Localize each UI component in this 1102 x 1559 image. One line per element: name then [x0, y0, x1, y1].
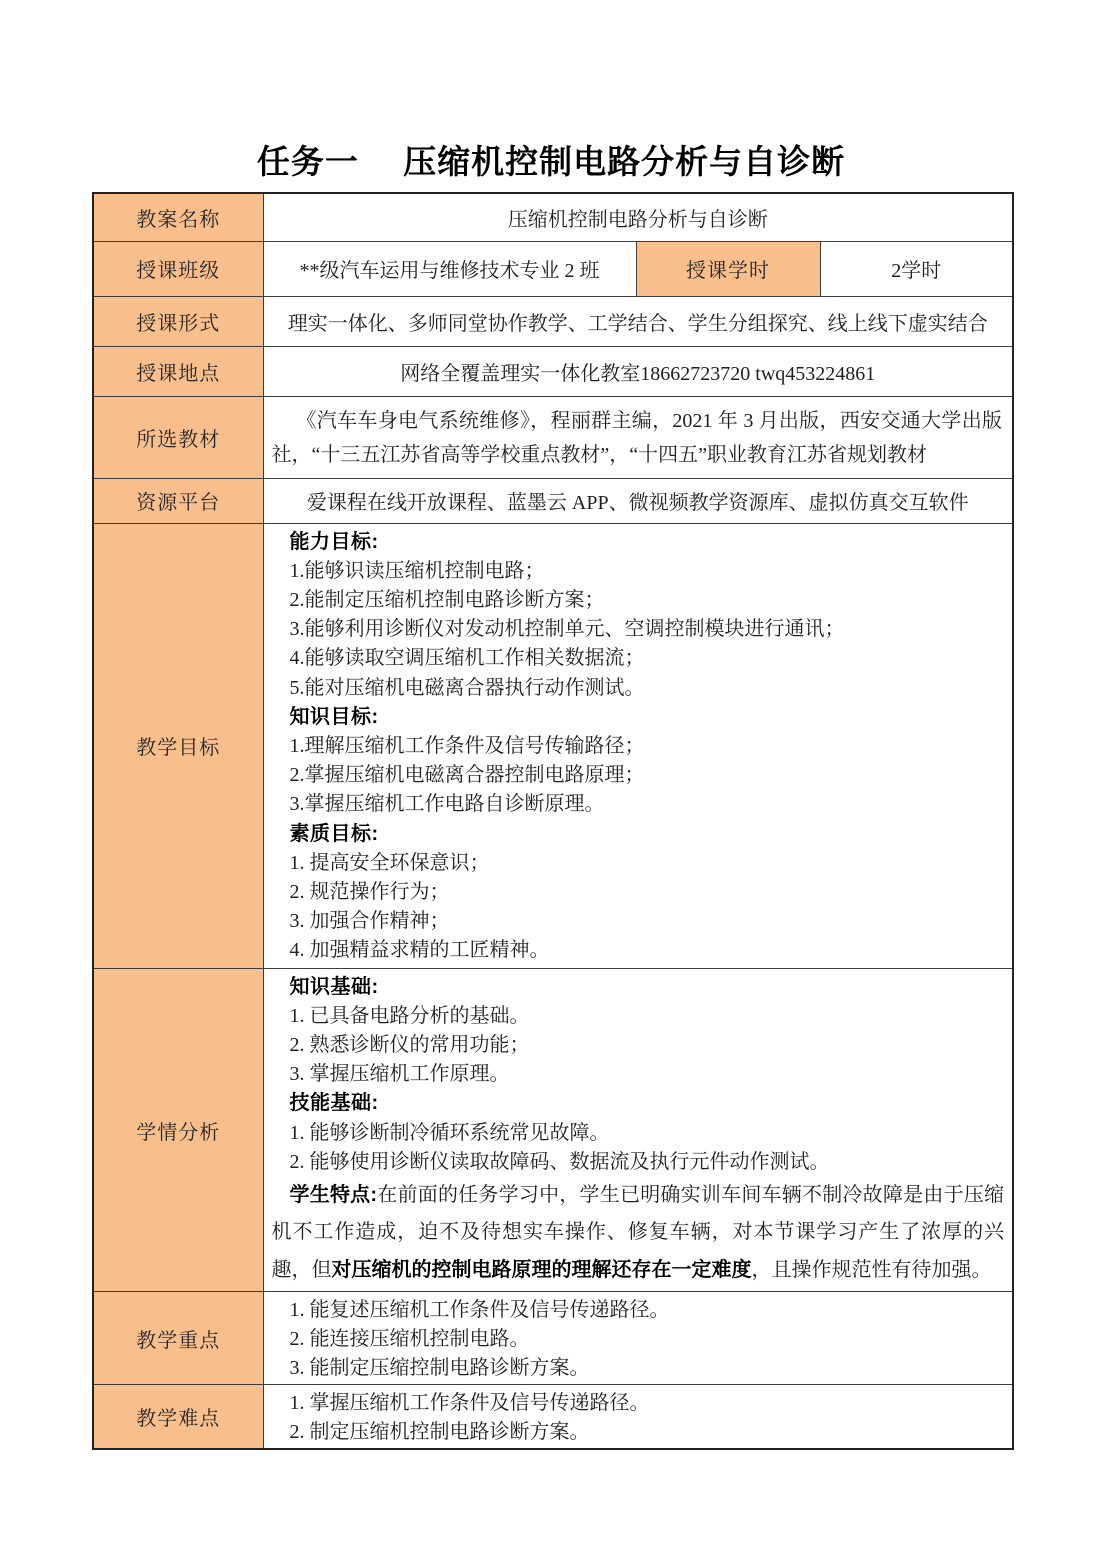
text-segment: 2. 熟悉诊断仪的常用功能； — [290, 1034, 530, 1056]
text-segment: 3.掌握压缩机工作电路自诊断原理。 — [290, 793, 605, 815]
bold-text-segment: 知识基础: — [290, 976, 379, 998]
row-label-format: 授课形式 — [93, 296, 263, 346]
text-line: 知识基础: — [290, 973, 1005, 1002]
row-label-class: 授课班级 — [93, 241, 263, 296]
text-line: 2. 能够使用诊断仪读取故障码、数据流及执行元件动作测试。 — [290, 1148, 1005, 1177]
text-segment: 3.能够利用诊断仪对发动机控制单元、空调控制模块进行通讯； — [290, 618, 845, 640]
textbook-text: 《汽车车身电气系统维修》，程丽群主编，2021 年 3 月出版，西安交通大学出版… — [264, 397, 1013, 474]
table-row: 授课班级 **级汽车运用与维修技术专业 2 班 授课学时 2学时 — [93, 241, 1013, 296]
row-label-hours: 授课学时 — [636, 241, 820, 296]
difficult-points-lines: 1. 掌握压缩机工作条件及信号传递路径。2. 制定压缩机控制电路诊断方案。 — [264, 1385, 1013, 1448]
format-value: 理实一体化、多师同堂协作教学、工学结合、学生分组探究、线上线下虚实结合 — [263, 296, 1013, 346]
text-line: 1. 已具备电路分析的基础。 — [290, 1002, 1005, 1031]
text-segment: 2. 规范操作行为； — [290, 881, 450, 903]
text-line: 技能基础: — [290, 1089, 1005, 1118]
text-segment: 2. 能够使用诊断仪读取故障码、数据流及执行元件动作测试。 — [290, 1151, 830, 1173]
text-segment: 2. 制定压缩机控制电路诊断方案。 — [290, 1421, 590, 1443]
bold-text-segment: 学生特点: — [290, 1184, 378, 1206]
row-label-location: 授课地点 — [93, 346, 263, 396]
text-line: 1. 提高安全环保意识； — [290, 849, 1005, 878]
class-value: **级汽车运用与维修技术专业 2 班 — [263, 241, 636, 296]
text-line: 3. 掌握压缩机工作原理。 — [290, 1060, 1005, 1089]
textbook-value: 《汽车车身电气系统维修》，程丽群主编，2021 年 3 月出版，西安交通大学出版… — [263, 396, 1013, 478]
text-segment: 2.能制定压缩机控制电路诊断方案； — [290, 589, 605, 611]
text-line: 2. 能连接压缩机控制电路。 — [290, 1325, 1005, 1354]
table-row: 授课地点 网络全覆盖理实一体化教室18662723720 twq45322486… — [93, 346, 1013, 396]
text-line: 2. 制定压缩机控制电路诊断方案。 — [290, 1418, 1005, 1447]
text-segment: 1. 能够诊断制冷循环系统常见故障。 — [290, 1122, 610, 1144]
row-label-objectives: 教学目标 — [93, 523, 263, 968]
resources-value: 爱课程在线开放课程、蓝墨云 APP、微视频教学资源库、虚拟仿真交互软件 — [263, 478, 1013, 523]
text-segment: 3. 加强合作精神； — [290, 910, 450, 932]
text-segment: 1. 提高安全环保意识； — [290, 852, 490, 874]
text-segment: 4.能够读取空调压缩机工作相关数据流； — [290, 647, 645, 669]
text-line: 2. 熟悉诊断仪的常用功能； — [290, 1031, 1005, 1060]
difficult-points-cell: 1. 掌握压缩机工作条件及信号传递路径。2. 制定压缩机控制电路诊断方案。 — [263, 1385, 1013, 1450]
text-segment: 5.能对压缩机电磁离合器执行动作测试。 — [290, 677, 645, 699]
bold-text-segment: 知识目标: — [290, 706, 379, 728]
text-line: 4.能够读取空调压缩机工作相关数据流； — [290, 644, 1005, 673]
text-segment: ，且操作规范性有待加强。 — [752, 1259, 992, 1281]
text-segment: 1. 已具备电路分析的基础。 — [290, 1005, 530, 1027]
row-label-textbook: 所选教材 — [93, 396, 263, 478]
text-line: 4. 加强精益求精的工匠精神。 — [290, 936, 1005, 965]
table-row: 所选教材 《汽车车身电气系统维修》，程丽群主编，2021 年 3 月出版，西安交… — [93, 396, 1013, 478]
table-row: 教学重点 1. 能复述压缩机工作条件及信号传递路径。2. 能连接压缩机控制电路。… — [93, 1292, 1013, 1385]
table-row: 授课形式 理实一体化、多师同堂协作教学、工学结合、学生分组探究、线上线下虚实结合 — [93, 296, 1013, 346]
text-segment: 4. 加强精益求精的工匠精神。 — [290, 939, 550, 961]
row-label-resources: 资源平台 — [93, 478, 263, 523]
text-line: 1. 能够诊断制冷循环系统常见故障。 — [290, 1119, 1005, 1148]
table-row: 学情分析 知识基础:1. 已具备电路分析的基础。2. 熟悉诊断仪的常用功能；3.… — [93, 968, 1013, 1292]
text-segment: 3. 掌握压缩机工作原理。 — [290, 1063, 510, 1085]
text-segment: 2.掌握压缩机电磁离合器控制电路原理； — [290, 764, 645, 786]
text-line: 3.能够利用诊断仪对发动机控制单元、空调控制模块进行通讯； — [290, 615, 1005, 644]
text-line: 3.掌握压缩机工作电路自诊断原理。 — [290, 790, 1005, 819]
text-line: 1.能够识读压缩机控制电路； — [290, 557, 1005, 586]
text-line: 2. 规范操作行为； — [290, 878, 1005, 907]
table-row: 教学目标 能力目标:1.能够识读压缩机控制电路；2.能制定压缩机控制电路诊断方案… — [93, 523, 1013, 968]
text-segment: 1. 能复述压缩机工作条件及信号传递路径。 — [290, 1299, 670, 1321]
bold-text-segment: 能力目标: — [290, 531, 379, 553]
text-segment: 1. 掌握压缩机工作条件及信号传递路径。 — [290, 1392, 650, 1414]
row-label-difficult-points: 教学难点 — [93, 1385, 263, 1450]
text-line: 3. 加强合作精神； — [290, 907, 1005, 936]
hours-value: 2学时 — [820, 241, 1013, 296]
learner-analysis-cell: 知识基础:1. 已具备电路分析的基础。2. 熟悉诊断仪的常用功能；3. 掌握压缩… — [263, 968, 1013, 1292]
bold-text-segment: 技能基础: — [290, 1092, 379, 1114]
key-points-cell: 1. 能复述压缩机工作条件及信号传递路径。2. 能连接压缩机控制电路。3. 能制… — [263, 1292, 1013, 1385]
text-segment: 3. 能制定压缩控制电路诊断方案。 — [290, 1357, 590, 1379]
text-line: 学生特点:在前面的任务学习中，学生已明确实训车间车辆不制冷故障是由于压缩机不工作… — [272, 1177, 1005, 1290]
text-line: 1. 能复述压缩机工作条件及信号传递路径。 — [290, 1296, 1005, 1325]
text-line: 1. 掌握压缩机工作条件及信号传递路径。 — [290, 1389, 1005, 1418]
text-segment: 1.理解压缩机工作条件及信号传输路径； — [290, 735, 645, 757]
text-line: 1.理解压缩机工作条件及信号传输路径； — [290, 732, 1005, 761]
text-segment: 1.能够识读压缩机控制电路； — [290, 560, 545, 582]
bold-text-segment: 对压缩机的控制电路原理的理解还存在一定难度 — [332, 1259, 752, 1281]
text-line: 素质目标: — [290, 820, 1005, 849]
bold-text-segment: 素质目标: — [290, 823, 379, 845]
text-line: 2.能制定压缩机控制电路诊断方案； — [290, 586, 1005, 615]
text-segment: 2. 能连接压缩机控制电路。 — [290, 1328, 530, 1350]
table-row: 资源平台 爱课程在线开放课程、蓝墨云 APP、微视频教学资源库、虚拟仿真交互软件 — [93, 478, 1013, 523]
document-page: { "title": "任务一 压缩机控制电路分析与自诊断", "colors"… — [0, 0, 1102, 1559]
text-line: 5.能对压缩机电磁离合器执行动作测试。 — [290, 674, 1005, 703]
row-label-lesson-name: 教案名称 — [93, 193, 263, 241]
page-title: 任务一 压缩机控制电路分析与自诊断 — [0, 136, 1102, 183]
objectives-cell: 能力目标:1.能够识读压缩机控制电路；2.能制定压缩机控制电路诊断方案；3.能够… — [263, 523, 1013, 968]
lesson-name-value: 压缩机控制电路分析与自诊断 — [263, 193, 1013, 241]
row-label-key-points: 教学重点 — [93, 1292, 263, 1385]
text-line: 知识目标: — [290, 703, 1005, 732]
key-points-lines: 1. 能复述压缩机工作条件及信号传递路径。2. 能连接压缩机控制电路。3. 能制… — [264, 1292, 1013, 1384]
objectives-lines: 能力目标:1.能够识读压缩机控制电路；2.能制定压缩机控制电路诊断方案；3.能够… — [264, 524, 1013, 968]
text-line: 2.掌握压缩机电磁离合器控制电路原理； — [290, 761, 1005, 790]
learner-analysis-lines: 知识基础:1. 已具备电路分析的基础。2. 熟悉诊断仪的常用功能；3. 掌握压缩… — [264, 969, 1013, 1292]
table-row: 教案名称 压缩机控制电路分析与自诊断 — [93, 193, 1013, 241]
text-line: 3. 能制定压缩控制电路诊断方案。 — [290, 1354, 1005, 1383]
row-label-learner-analysis: 学情分析 — [93, 968, 263, 1292]
table-row: 教学难点 1. 掌握压缩机工作条件及信号传递路径。2. 制定压缩机控制电路诊断方… — [93, 1385, 1013, 1450]
location-value: 网络全覆盖理实一体化教室18662723720 twq453224861 — [263, 346, 1013, 396]
text-line: 能力目标: — [290, 528, 1005, 557]
lesson-plan-table: 教案名称 压缩机控制电路分析与自诊断 授课班级 **级汽车运用与维修技术专业 2… — [92, 192, 1014, 1450]
